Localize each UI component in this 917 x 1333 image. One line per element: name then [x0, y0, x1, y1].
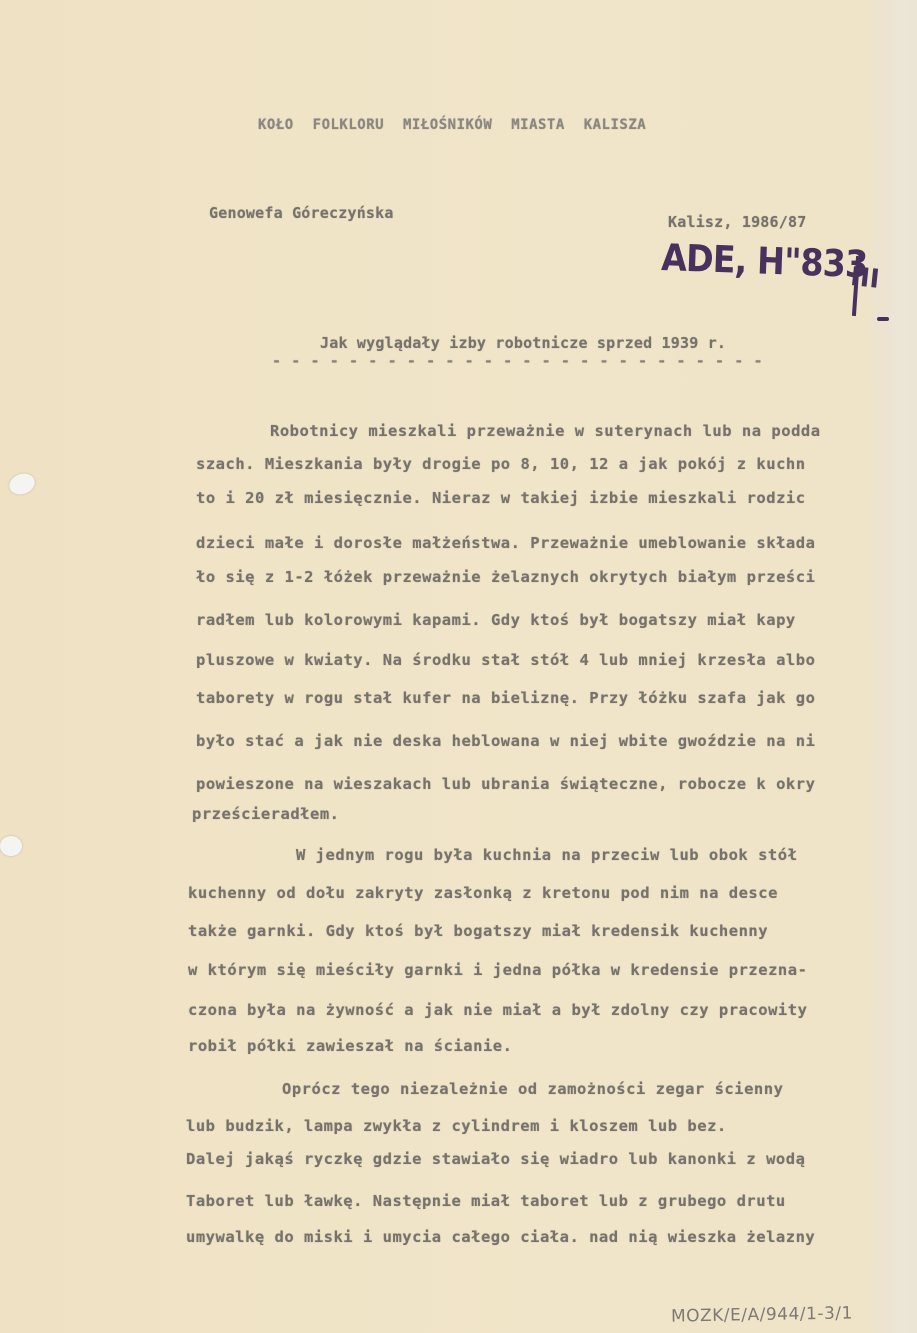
text-line: powieszone na wieszakach lub ubrania świ…: [196, 775, 815, 793]
organization-header: KOŁO FOLKLORU MIŁOŚNIKÓW MIASTA KALISZA: [258, 117, 646, 133]
paper-edge: [887, 0, 917, 1333]
text-line: kuchenny od dołu zakryty zasłonką z kret…: [188, 884, 778, 902]
text-line: umywalkę do miski i umycia całego ciała.…: [186, 1228, 815, 1246]
archive-mark: ADE, H"833: [660, 236, 868, 286]
punch-hole-bottom: [0, 836, 22, 856]
text-line: prześcieradłem.: [192, 805, 339, 823]
author-name: Genowefa Góreczyńska: [209, 204, 394, 222]
text-line: radłem lub kolorowymi kapami. Gdy ktoś b…: [196, 611, 796, 629]
punch-hole-top: [6, 470, 37, 498]
text-line: Oprócz tego niezależnie od zamożności ze…: [282, 1080, 783, 1098]
text-line: Dalej jakąś ryczkę gdzie stawiało się wi…: [186, 1150, 805, 1168]
text-line: w którym się mieściły garnki i jedna pół…: [188, 961, 807, 979]
archive-signature: MOZK/E/A/944/1-3/1: [671, 1303, 853, 1326]
title-underline: - - - - - - - - - - - - - - - - - - - - …: [272, 352, 763, 370]
archive-mark-sub: III: [849, 262, 881, 295]
text-line: to i 20 zł miesięcznie. Nieraz w takiej …: [196, 489, 806, 507]
archive-mark-dash: [877, 317, 889, 321]
text-line: W jednym rogu była kuchnia na przeciw lu…: [296, 846, 797, 864]
text-line: lub budzik, lampa zwykła z cylindrem i k…: [186, 1117, 727, 1135]
place-date: Kalisz, 1986/87: [668, 213, 806, 231]
text-line: ło się z 1-2 łóżek przeważnie żelaznych …: [196, 568, 815, 586]
text-line: dzieci małe i dorosłe małżeństwa. Przewa…: [196, 534, 815, 552]
text-line: pluszowe w kwiaty. Na środku stał stół 4…: [196, 651, 815, 669]
text-line: robił półki zawieszał na ścianie.: [188, 1037, 512, 1055]
text-line: Robotnicy mieszkali przeważnie w suteryn…: [270, 422, 821, 440]
text-line: było stać a jak nie deska heblowana w ni…: [196, 732, 815, 750]
document-title: Jak wyglądały izby robotnicze sprzed 193…: [320, 334, 726, 352]
text-line: czona była na żywność a jak nie miał a b…: [188, 1001, 807, 1019]
text-line: także garnki. Gdy ktoś był bogatszy miał…: [188, 922, 768, 940]
text-line: Taboret lub ławkę. Następnie miał tabore…: [186, 1192, 786, 1210]
text-line: szach. Mieszkania były drogie po 8, 10, …: [196, 455, 806, 473]
text-line: taborety w rogu stał kufer na bieliznę. …: [196, 689, 815, 707]
document-page: KOŁO FOLKLORU MIŁOŚNIKÓW MIASTA KALISZA …: [0, 0, 917, 1333]
